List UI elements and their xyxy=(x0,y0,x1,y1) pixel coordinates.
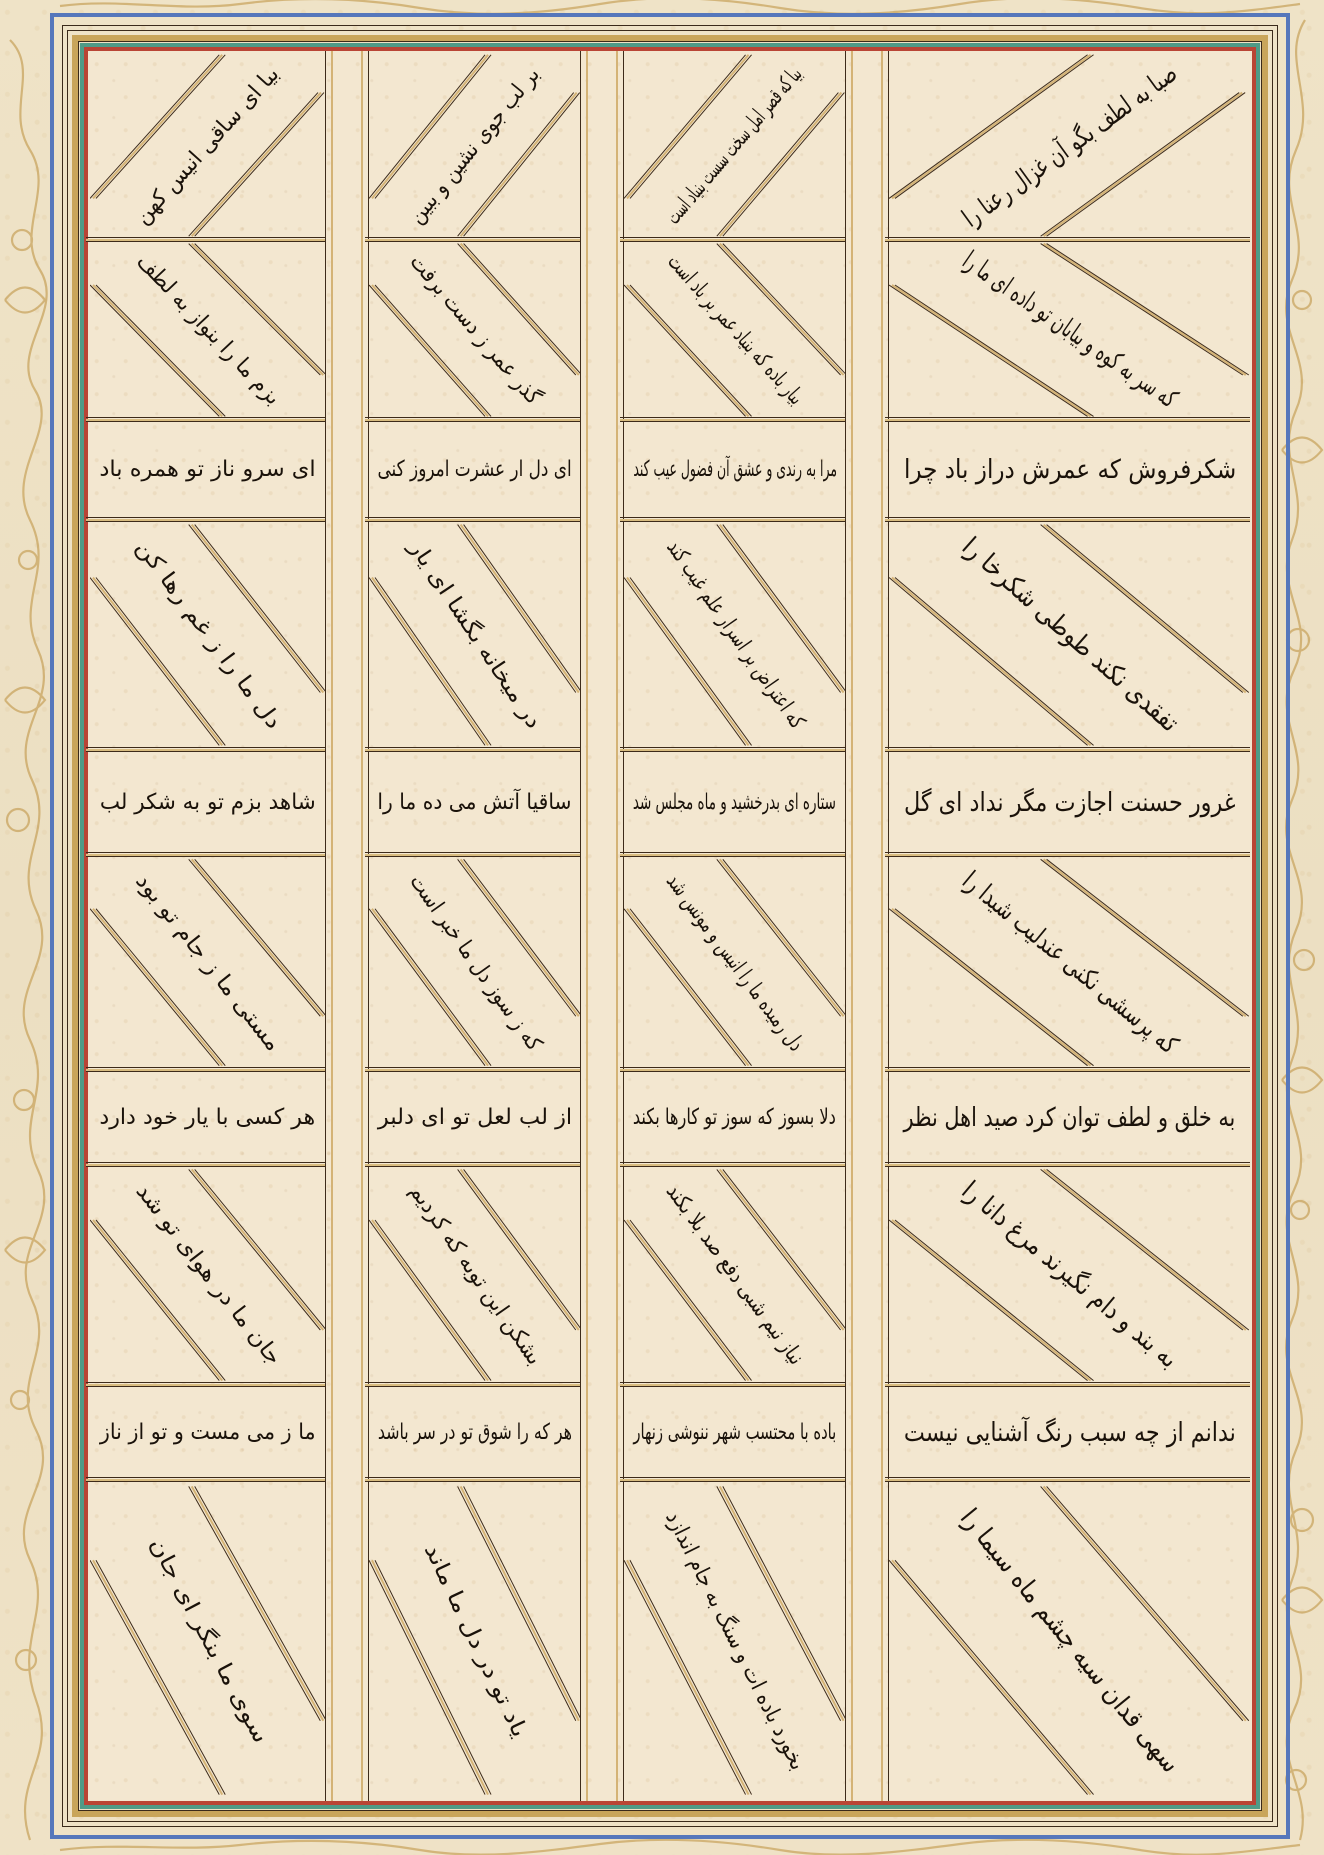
column-gutter-1 xyxy=(325,51,369,1801)
verse-panel-col4-7: به خلق و لطف توان کرد صید اهل نظر xyxy=(889,1070,1250,1165)
verse-panel-col4-1: صبا به لطف بگو آن غزال رعنا را xyxy=(889,51,1250,240)
verse-panel-col3-2: بیار باده که بنیاد عمر بر باد است xyxy=(624,240,845,420)
verse-panel-col3-10: بخورد باده ات و سنگ به جام اندازد xyxy=(624,1480,845,1801)
verse-panel-col4-6: که پرسشی نکنی عندلیب شیدا را xyxy=(889,855,1250,1070)
verse-panel-col3-6: دل رمیده ما را انیس و مونس شد xyxy=(624,855,845,1070)
verse-panel-col2-8: بشکن این توبه که کردیم xyxy=(369,1165,580,1385)
verse-panel-col2-4: در میخانه بگشا ای یار xyxy=(369,520,580,750)
verse-panel-col3-5: ستاره ای بدرخشید و ماه مجلس شد xyxy=(624,750,845,855)
verse-line: ستاره ای بدرخشید و ماه مجلس شد xyxy=(633,792,836,814)
verse-panel-col1-1: بیا ای ساقی انیس کهن xyxy=(90,51,325,240)
verse-panel-col4-3: شکرفروش که عمرش دراز باد چرا xyxy=(889,420,1250,520)
verse-panel-col3-4: که اعتراض بر اسرار علم غیب کند xyxy=(624,520,845,750)
verse-panel-col4-5: غرور حسنت اجازت مگر نداد ای گل xyxy=(889,750,1250,855)
verse-line: مرا به رندی و عشق آن فضول عیب کند xyxy=(633,459,837,481)
verse-panel-col1-3: ای سرو ناز تو همره باد xyxy=(90,420,325,520)
verse-panel-col1-6: مستی ما ز جام تو بود xyxy=(90,855,325,1070)
column-gutter-2 xyxy=(580,51,624,1801)
verse-panel-col4-9: ندانم از چه سبب رنگ آشنایی نیست xyxy=(889,1385,1250,1480)
verse-panel-col1-9: ما ز می مست و تو از ناز xyxy=(90,1385,325,1480)
verse-panel-col3-7: دلا بسوز که سوز تو کارها بکند xyxy=(624,1070,845,1165)
verse-line: شاهد بزم تو به شکر لب xyxy=(99,792,315,814)
verse-panel-col2-3: ای دل ار عشرت امروز کنی xyxy=(369,420,580,520)
verse-panel-col2-2: گذر عمر ز دست برفت xyxy=(369,240,580,420)
verse-line: ای دل ار عشرت امروز کنی xyxy=(377,459,571,481)
verse-panel-col3-1: بیا که قصر امل سخت سست بنیاد است xyxy=(624,51,845,240)
verse-line: دلا بسوز که سوز تو کارها بکند xyxy=(633,1107,836,1129)
verse-panel-col4-4: تفقدی نکند طوطی شکرخا را xyxy=(889,520,1250,750)
verse-line: ای سرو ناز تو همره باد xyxy=(99,459,315,481)
verse-panel-col4-2: که سر به کوه و بیابان تو داده ای ما را xyxy=(889,240,1250,420)
verse-panel-col3-3: مرا به رندی و عشق آن فضول عیب کند xyxy=(624,420,845,520)
verse-panel-col1-2: بزم ما را بنواز به لطف xyxy=(90,240,325,420)
verse-line: غرور حسنت اجازت مگر نداد ای گل xyxy=(903,790,1235,816)
verse-line: هر که را شوق تو در سر باشد xyxy=(377,1422,571,1444)
verse-panel-col2-9: هر که را شوق تو در سر باشد xyxy=(369,1385,580,1480)
verse-panel-col1-5: شاهد بزم تو به شکر لب xyxy=(90,750,325,855)
verse-panel-col2-5: ساقیا آتش می ده ما را xyxy=(369,750,580,855)
verse-line: شکرفروش که عمرش دراز باد چرا xyxy=(903,457,1235,483)
verse-line: باده با محتسب شهر ننوشی زنهار xyxy=(633,1422,836,1444)
verse-panel-col2-7: از لب لعل تو ای دلبر xyxy=(369,1070,580,1165)
verse-panel-col2-6: که ز سوز دل ما خبر است xyxy=(369,855,580,1070)
column-gutter-3 xyxy=(845,51,889,1801)
verse-line: ندانم از چه سبب رنگ آشنایی نیست xyxy=(903,1420,1235,1446)
verse-panel-col2-1: بر لب جوی نشین و ببین xyxy=(369,51,580,240)
verse-panel-col4-8: به بند و دام نگیرند مرغ دانا را xyxy=(889,1165,1250,1385)
verse-line: ساقیا آتش می ده ما را xyxy=(377,792,571,814)
verse-line: هر کسی با یار خود دارد xyxy=(99,1107,315,1129)
verse-line: به خلق و لطف توان کرد صید اهل نظر xyxy=(903,1105,1235,1131)
verse-panel-col1-8: جان ما در هوای تو شد xyxy=(90,1165,325,1385)
verse-panel-col1-4: دل ما را ز غم رها کن xyxy=(90,520,325,750)
verse-panel-col1-7: هر کسی با یار خود دارد xyxy=(90,1070,325,1165)
verse-panel-col2-10: یاد تو در دل ما ماند xyxy=(369,1480,580,1801)
verse-line: از لب لعل تو ای دلبر xyxy=(377,1107,571,1129)
verse-panel-col4-10: سهی قدان سیه چشم ماه سیما را xyxy=(889,1480,1250,1801)
verse-panel-col3-9: باده با محتسب شهر ننوشی زنهار xyxy=(624,1385,845,1480)
verse-line: ما ز می مست و تو از ناز xyxy=(99,1422,315,1444)
verse-panel-col3-8: نیاز نیم شبی دفع صد بلا بکند xyxy=(624,1165,845,1385)
verse-panel-col1-10: سوی ما بنگر ای جان xyxy=(90,1480,325,1801)
